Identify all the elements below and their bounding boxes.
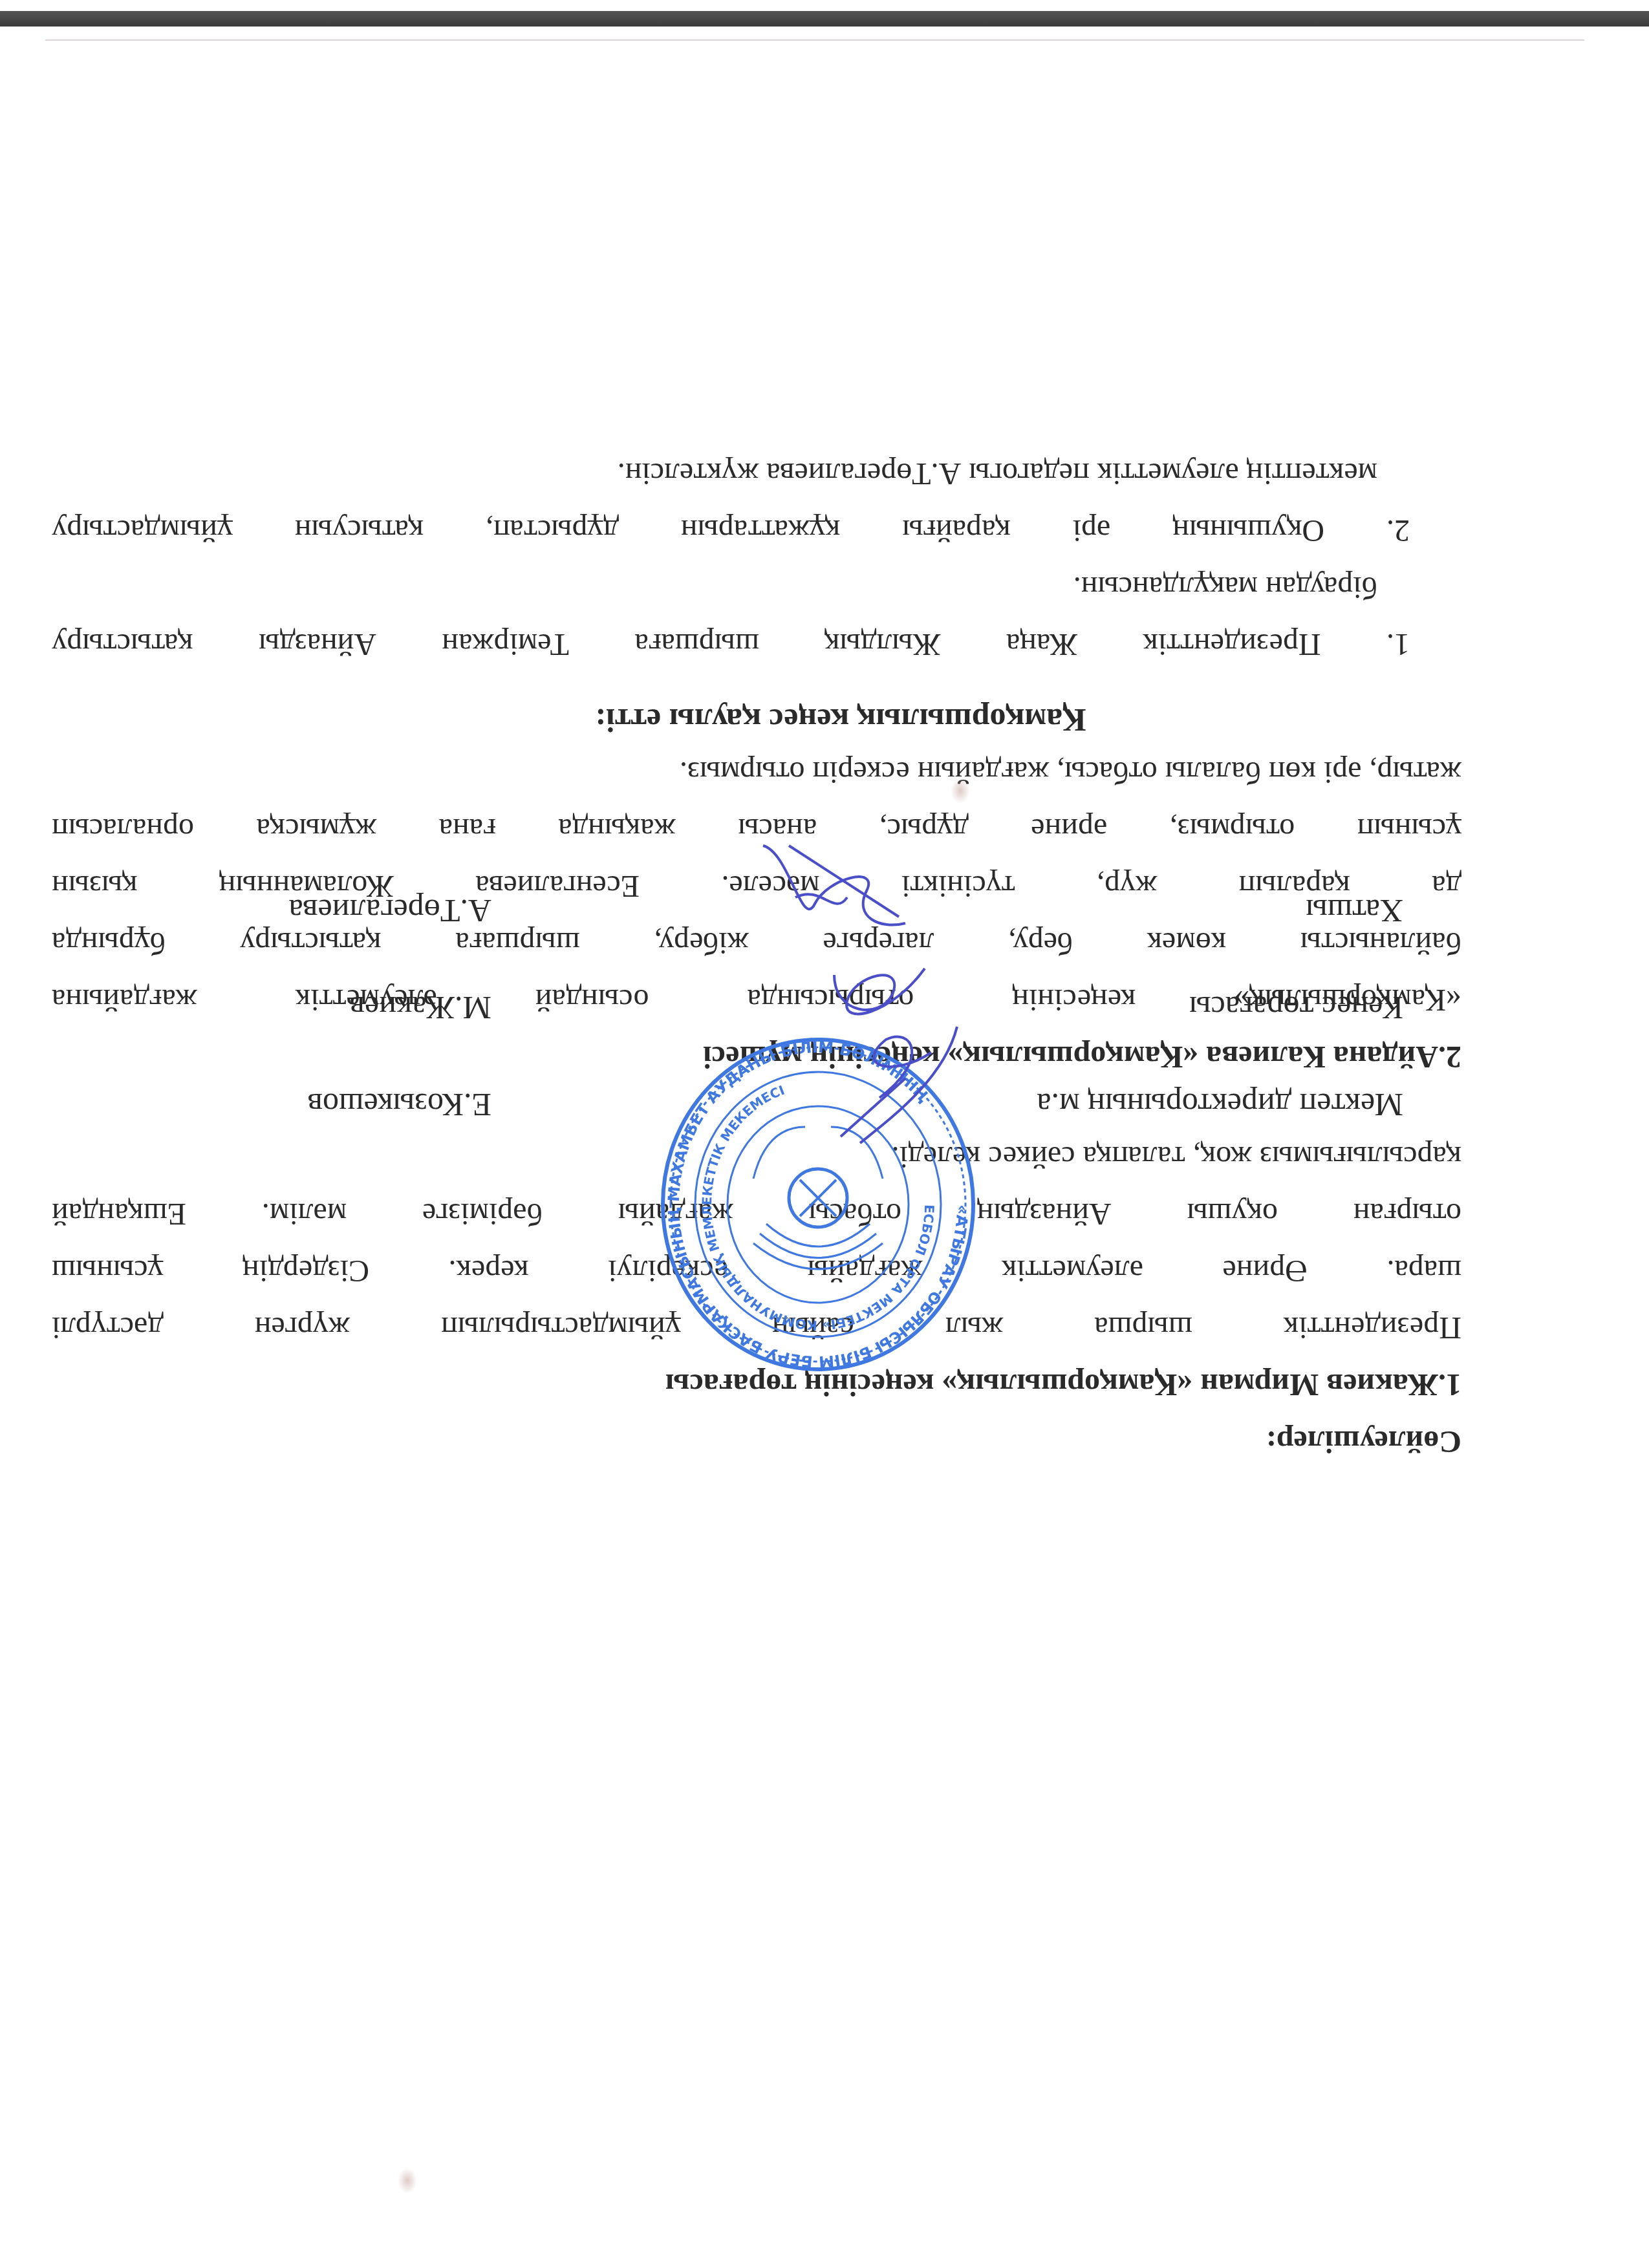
decision-item: 2. Оқушының әрі қарайғы құжаттарын дұрыс… (52, 445, 1461, 559)
decision-section: Қамқоршылық кеңес қаулы етті: 1. Президе… (52, 445, 1461, 749)
decision-text: біраудан мақұлдансын. (52, 559, 1410, 615)
decision-text: мектептің әлеуметтік педагогы А.Төрегали… (52, 445, 1410, 502)
decision-text: Оқушының әрі қарайғы құжаттарын дұрыстап… (52, 513, 1324, 548)
decision-number: 1. (1386, 627, 1410, 661)
scanner-line (45, 39, 1584, 41)
decision-number: 2. (1386, 513, 1410, 548)
speakers-heading: Сөйлеушілер: (52, 1413, 1461, 1470)
signature-role: Мектеп директорының м.а (1037, 1086, 1403, 1124)
signature-chairman-icon (828, 949, 931, 1040)
scanner-edge (0, 11, 1649, 27)
signature-name: А.Төрегалиева (288, 892, 491, 930)
decision-item: 1. Президенттік Жаңа Жылдық шыршаға Темі… (52, 559, 1461, 672)
signature-role: Хатшы (1306, 892, 1403, 930)
signature-name: М.Жакиев (349, 989, 491, 1027)
speaker2-line: жатыр, әрі көп балалы отбасы, жағдайын е… (52, 744, 1461, 800)
document-page: Сөйлеушілер: 1.Жакиев Мирман «Қамқоршылы… (0, 0, 1649, 2268)
signature-role: Кеңес төрағасы (1189, 989, 1403, 1027)
signature-secretary-icon (750, 839, 918, 943)
decision-text: Президенттік Жаңа Жылдық шыршаға Теміржа… (52, 627, 1321, 661)
scan-smudge (398, 2168, 417, 2194)
decision-heading: Қамқоршылық кеңес қаулы етті: (52, 692, 1461, 749)
scan-smudge (951, 778, 970, 804)
signature-name: Е.Козыкешов (307, 1086, 491, 1124)
